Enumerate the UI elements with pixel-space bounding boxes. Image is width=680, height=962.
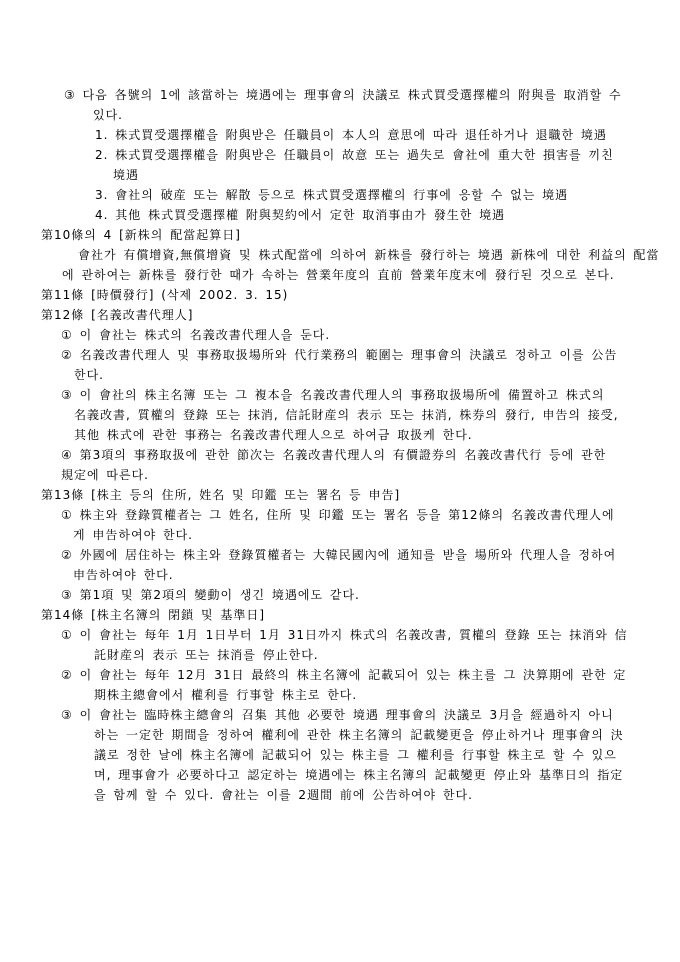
text-line: 名義改書, 質權의 登錄 또는 抹消, 信託財産의 表示 또는 抹消, 株券의 … — [74, 405, 619, 425]
text-line: ③ 이 會社의 株主名簿 또는 그 複本을 名義改書代理人의 事務取扱場所에 備… — [61, 385, 604, 405]
text-line: ③ 이 會社는 臨時株主總會의 召集 其他 必要한 境遇 理事會의 決議로 3月… — [61, 705, 614, 725]
text-line: 1. 株式買受選擇權을 附與받은 任職員이 本人의 意思에 따라 退任하거나 退… — [95, 125, 607, 145]
text-line: 2. 株式買受選擇權을 附與받은 任職員이 故意 또는 過失로 會社에 重大한 … — [95, 145, 614, 165]
text-line: 託財産의 表示 또는 抹消를 停止한다. — [94, 645, 319, 665]
text-line: 期株主總會에서 權利를 行事할 株主로 한다. — [94, 685, 357, 705]
text-line: 其他 株式에 관한 事務는 名義改書代理人으로 하여금 取扱케 한다. — [74, 425, 473, 445]
text-line: 會社가 有償增資,無償增資 및 株式配當에 의하여 新株를 發行하는 境遇 新株… — [78, 245, 659, 265]
text-line: ① 株主와 登錄質權者는 그 姓名, 住所 및 印鑑 또는 署名 등을 第12條… — [61, 505, 615, 525]
text-line: 게 申告하여야 한다. — [73, 525, 193, 545]
text-line: 3. 會社의 破産 또는 解散 등으로 株式買受選擇權의 行事에 응할 수 없는… — [95, 185, 568, 205]
text-line: 第13條 [株主 등의 住所, 姓名 및 印鑑 또는 署名 등 申告] — [41, 485, 400, 505]
text-line: ① 이 會社는 株式의 名義改書代理人을 둔다. — [61, 325, 330, 345]
text-line: 議로 정한 날에 株主名簿에 記載되어 있는 株主를 그 權利를 行事할 株主로… — [94, 745, 617, 765]
text-line: 하는 一定한 期間을 정하여 權利에 관한 株主名簿의 記載變更을 停止하거나 … — [94, 725, 624, 745]
text-line: 한다. — [74, 365, 104, 385]
text-line: 에 관하여는 新株를 發行한 때가 속하는 營業年度의 直前 營業年度末에 發行… — [62, 265, 615, 285]
text-line: ② 外國에 居住하는 株主와 登錄質權者는 大韓民國內에 通知를 받을 場所와 … — [61, 545, 616, 565]
text-line: 있다. — [93, 105, 123, 125]
text-line: ④ 第3項의 事務取扱에 관한 節次는 名義改書代理人의 有價證券의 名義改書代… — [61, 445, 606, 465]
text-line: 第14條 [株主名簿의 閉鎖 및 基準日] — [41, 605, 265, 625]
text-line: 規定에 따른다. — [61, 465, 149, 485]
text-line: ① 이 會社는 每年 1月 1日부터 1月 31日까지 株式의 名義改書, 質權… — [61, 625, 628, 645]
text-line: 第10條의 4 [新株의 配當起算日] — [41, 225, 241, 245]
text-line: 며, 理事會가 必要하다고 認定하는 境遇에는 株主名簿의 記載變更 停止와 基… — [94, 765, 623, 785]
text-line: 을 함께 할 수 있다. 會社는 이를 2週間 前에 公告하여야 한다. — [94, 785, 473, 805]
text-line: ② 名義改書代理人 및 事務取扱場所와 代行業務의 範圍는 理事會의 決議로 정… — [61, 345, 617, 365]
text-line: ② 이 會社는 每年 12月 31日 最終의 株主名簿에 記載되어 있는 株主를… — [61, 665, 626, 685]
text-line: 4. 其他 株式買受選擇權 附與契約에서 定한 取消事由가 發生한 境遇 — [95, 205, 505, 225]
text-line: 境遇 — [113, 165, 139, 185]
text-line: 第12條 [名義改書代理人] — [41, 305, 193, 325]
text-line: ③ 第1項 및 第2項의 變動이 생긴 境遇에도 같다. — [61, 585, 360, 605]
document-page: ③ 다음 各號의 1에 該當하는 境遇에는 理事會의 決議로 株式買受選擇權의 … — [0, 0, 680, 962]
text-line: 申告하여야 한다. — [73, 565, 174, 585]
text-line: ③ 다음 各號의 1에 該當하는 境遇에는 理事會의 決議로 株式買受選擇權의 … — [64, 85, 622, 105]
text-line: 第11條 [時價發行] (삭제 2002. 3. 15) — [41, 285, 288, 305]
